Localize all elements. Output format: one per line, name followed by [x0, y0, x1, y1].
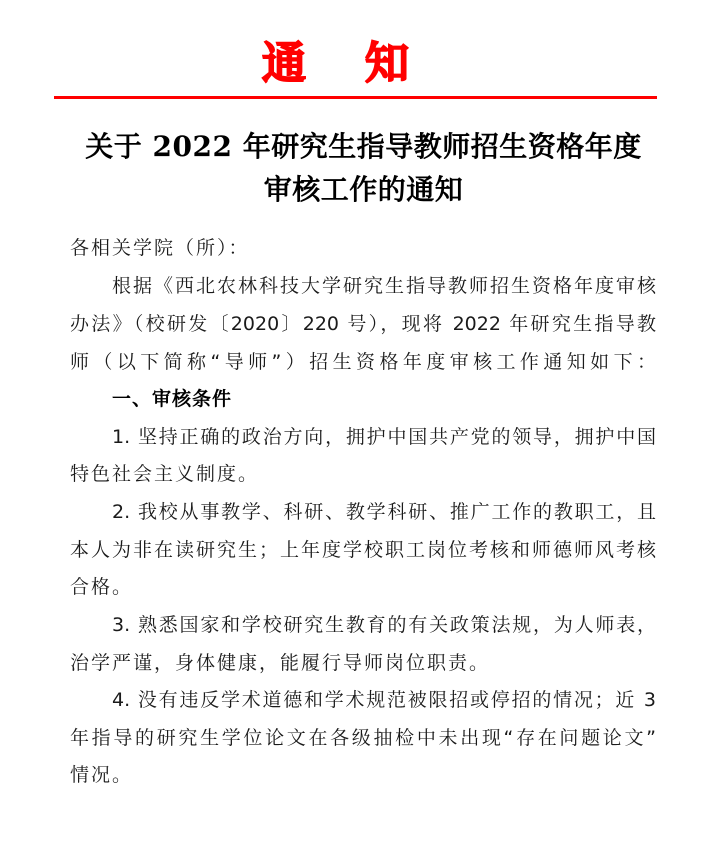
masthead: 通 知 — [0, 38, 723, 90]
item-4-line-1: 4. 没有违反学术道德和学术规范被限招或停招的情况；近 3 — [112, 685, 656, 715]
salutation: 各相关学院（所）： — [70, 233, 656, 263]
masthead-char-zhi: 知 — [365, 38, 409, 90]
red-divider-rule — [54, 96, 657, 99]
item-2-line-2: 本人为非在读研究生；上年度学校职工岗位考核和师德师风考核 — [70, 535, 656, 565]
masthead-char-tong: 通 — [262, 38, 306, 90]
intro-line-3: 师（以下简称“导师”）招生资格年度审核工作通知如下： — [70, 347, 656, 377]
intro-line-1: 根据《西北农林科技大学研究生指导教师招生资格年度审核 — [112, 271, 656, 301]
item-1-line-2: 特色社会主义制度。 — [70, 459, 656, 489]
item-4-line-3: 情况。 — [70, 760, 656, 790]
section-heading-review-conditions: 一、审核条件 — [112, 384, 656, 414]
item-4-line-2: 年指导的研究生学位论文在各级抽检中未出现“存在问题论文” — [70, 723, 656, 753]
item-2-line-3: 合格。 — [70, 572, 656, 602]
document-title-line-2: 审核工作的通知 — [2, 172, 723, 208]
intro-line-2: 办法》（校研发〔2020〕220 号），现将 2022 年研究生指导教 — [70, 309, 656, 339]
item-2-line-1: 2. 我校从事教学、科研、教学科研、推广工作的教职工，且 — [112, 497, 656, 527]
item-3-line-2: 治学严谨，身体健康，能履行导师岗位职责。 — [70, 648, 656, 678]
item-1-line-1: 1. 坚持正确的政治方向，拥护中国共产党的领导，拥护中国 — [112, 422, 656, 452]
document-title-line-1: 关于 2022 年研究生指导教师招生资格年度 — [2, 129, 723, 165]
item-3-line-1: 3. 熟悉国家和学校研究生教育的有关政策法规，为人师表， — [112, 610, 656, 640]
